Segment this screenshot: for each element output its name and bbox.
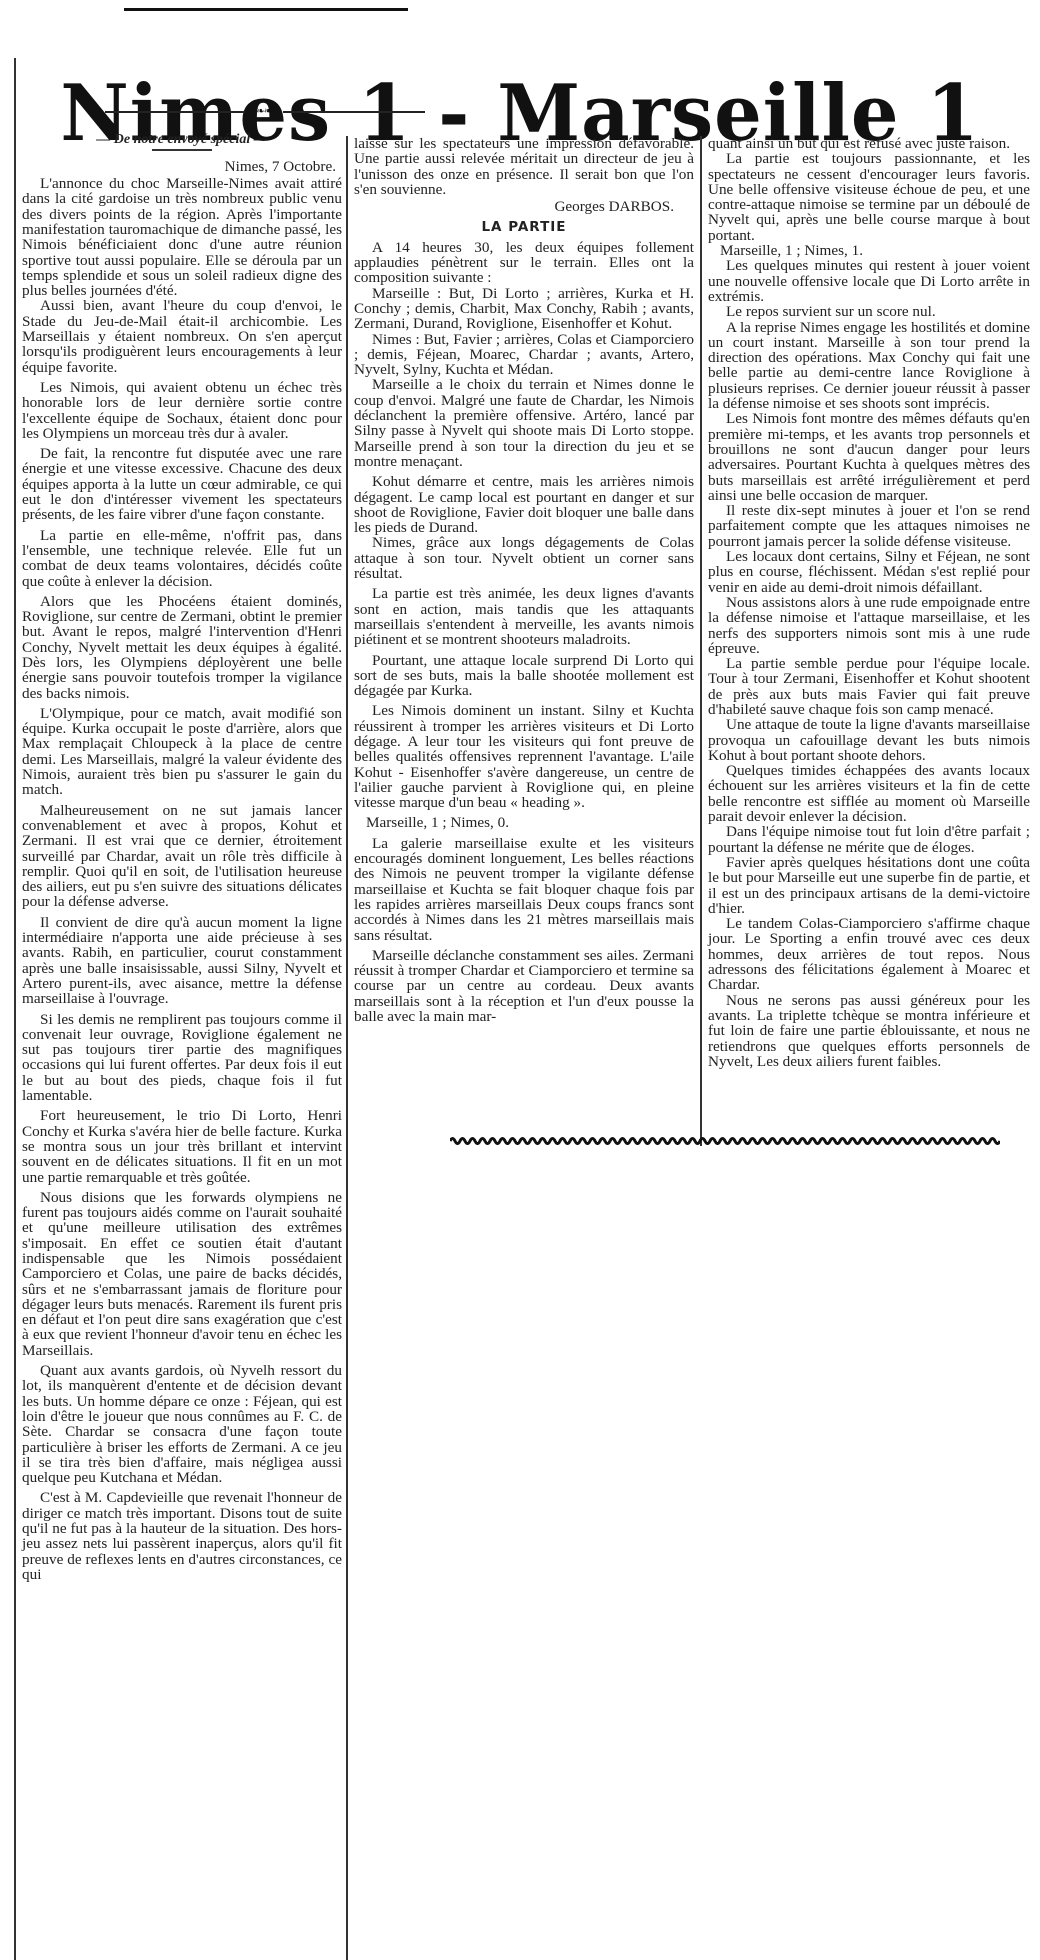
paragraph: Kohut démarre et centre, mais les arrièr…	[354, 474, 694, 535]
byline: — De notre envoyé spécial —	[22, 132, 342, 147]
paragraph: La galerie marseillaise exulte et les vi…	[354, 836, 694, 943]
lineup-marseille: Marseille : But, Di Lorto ; arrières, Ku…	[354, 286, 694, 332]
paragraph: Une attaque de toute la ligne d'avants m…	[708, 717, 1030, 763]
paragraph: Quant aux avants gardois, où Nyvelh ress…	[22, 1363, 342, 1485]
paragraph: Marseille a le choix du terrain et Nimes…	[354, 377, 694, 469]
paragraph: Les Nimois dominent un instant. Silny et…	[354, 703, 694, 810]
left-border-rule	[14, 58, 16, 1960]
separator-line-left	[105, 111, 245, 113]
paragraph: La partie est toujours passionnante, et …	[708, 151, 1030, 243]
paragraph: Fort heureusement, le trio Di Lorto, Hen…	[22, 1108, 342, 1184]
paragraph: A la reprise Nimes engage les hostilités…	[708, 320, 1030, 412]
paragraph: Favier après quelques hésitations dont u…	[708, 855, 1030, 916]
paragraph: La partie semble perdue pour l'équipe lo…	[708, 656, 1030, 717]
paragraph: Quelques timides échappées des avants lo…	[708, 763, 1030, 824]
paragraph: Nous assistons alors à une rude empoigna…	[708, 595, 1030, 656]
wavy-rule-icon	[450, 1135, 1000, 1147]
paragraph: Nous disions que les forwards olympiens …	[22, 1190, 342, 1358]
decorative-ornament-icon: ❧❧❧	[249, 106, 271, 118]
paragraph: Alors que les Phocéens étaient dominés, …	[22, 594, 342, 701]
paragraph-continuation: laisse sur les spectateurs une impressio…	[354, 136, 694, 197]
paragraph: Les quelques minutes qui restent à jouer…	[708, 258, 1030, 304]
paragraph: Le tandem Colas-Ciamporciero s'affirme c…	[708, 916, 1030, 992]
dateline: Nimes, 7 Octobre.	[22, 159, 342, 174]
paragraph: Aussi bien, avant l'heure du coup d'envo…	[22, 298, 342, 374]
paragraph: La partie est très animée, les deux lign…	[354, 586, 694, 647]
byline-rule	[152, 149, 212, 151]
paragraph: A 14 heures 30, les deux équipes folleme…	[354, 240, 694, 286]
paragraph: Les Nimois font montre des mêmes défauts…	[708, 411, 1030, 503]
paragraph: De fait, la rencontre fut disputée avec …	[22, 446, 342, 522]
paragraph: Si les demis ne remplirent pas toujours …	[22, 1012, 342, 1104]
paragraph: L'Olympique, pour ce match, avait modifi…	[22, 706, 342, 798]
article-column-1: — De notre envoyé spécial — Nimes, 7 Oct…	[22, 132, 342, 1582]
paragraph: Marseille déclanche constamment ses aile…	[354, 948, 694, 1024]
paragraph: Dans l'équipe nimoise tout fut loin d'êt…	[708, 824, 1030, 855]
paragraph: Les Nimois, qui avaient obtenu un échec …	[22, 380, 342, 441]
paragraph: Pourtant, une attaque locale surprend Di…	[354, 653, 694, 699]
paragraph: L'annonce du choc Marseille-Nimes avait …	[22, 176, 342, 298]
article-column-2: laisse sur les spectateurs une impressio…	[354, 136, 694, 1024]
paragraph: La partie en elle-même, n'offrit pas, da…	[22, 528, 342, 589]
paragraph: Le repos survient sur un score nul.	[708, 304, 1030, 319]
section-heading: LA PARTIE	[354, 220, 694, 235]
paragraph: Les locaux dont certains, Silny et Féjea…	[708, 549, 1030, 595]
column-rule-2	[700, 136, 702, 1146]
score-line: Marseille, 1 ; Nimes, 1.	[708, 243, 1030, 258]
headline-separator: ❧❧❧	[105, 106, 425, 118]
article-column-3: quant ainsi un but qui est refusé avec j…	[708, 136, 1030, 1069]
paragraph: Il reste dix-sept minutes à jouer et l'o…	[708, 503, 1030, 549]
paragraph: Nimes, grâce aux longs dégagements de Co…	[354, 535, 694, 581]
score-line: Marseille, 1 ; Nimes, 0.	[354, 815, 694, 830]
top-rule	[124, 8, 408, 11]
paragraph: Nous ne serons pas aussi généreux pour l…	[708, 993, 1030, 1069]
author-signature: Georges DARBOS.	[354, 199, 694, 214]
paragraph: C'est à M. Capdevieille que revenait l'h…	[22, 1490, 342, 1582]
paragraph: Il convient de dire qu'à aucun moment la…	[22, 915, 342, 1007]
paragraph-continuation: quant ainsi un but qui est refusé avec j…	[708, 136, 1030, 151]
column-rule-1	[346, 136, 348, 1960]
lineup-nimes: Nimes : But, Favier ; arrières, Colas et…	[354, 332, 694, 378]
separator-line-right	[283, 111, 425, 113]
paragraph: Malheureusement on ne sut jamais lancer …	[22, 803, 342, 910]
